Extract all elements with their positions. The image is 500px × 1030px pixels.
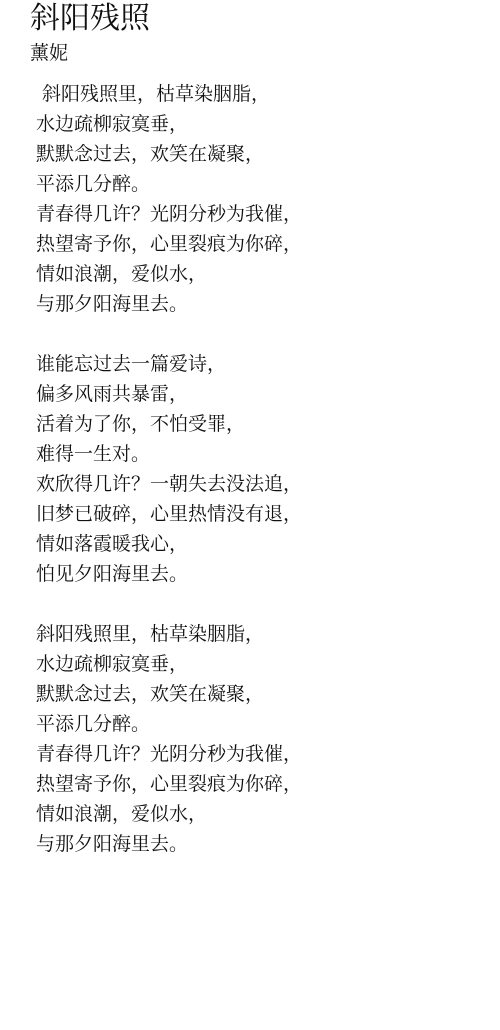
lyric-line: 情如浪潮，爱似水， (36, 799, 302, 829)
lyric-line: 平添几分醉。 (36, 169, 302, 199)
lyric-line: 谁能忘过去一篇爱诗， (36, 349, 302, 379)
lyric-line: 默默念过去，欢笑在凝聚， (36, 679, 302, 709)
lyric-line: 欢欣得几许？一朝失去没法追， (36, 469, 302, 499)
lyric-line: 平添几分醉。 (36, 709, 302, 739)
lyric-line: 青春得几许？光阴分秒为我催， (36, 199, 302, 229)
lyric-line: 热望寄予你，心里裂痕为你碎， (36, 769, 302, 799)
stanza-1: 斜阳残照里，枯草染胭脂， 水边疏柳寂寞垂， 默默念过去，欢笑在凝聚， 平添几分醉… (36, 79, 302, 319)
lyric-line: 偏多风雨共暴雷， (36, 379, 302, 409)
lyric-line: 与那夕阳海里去。 (36, 289, 302, 319)
stanza-2: 谁能忘过去一篇爱诗， 偏多风雨共暴雷， 活着为了你，不怕受罪， 难得一生对。 欢… (36, 349, 302, 589)
lyric-line: 热望寄予你，心里裂痕为你碎， (36, 229, 302, 259)
lyric-line: 活着为了你，不怕受罪， (36, 409, 302, 439)
lyric-line: 难得一生对。 (36, 439, 302, 469)
lyric-line: 情如浪潮，爱似水， (36, 259, 302, 289)
lyric-line: 青春得几许？光阴分秒为我催， (36, 739, 302, 769)
lyric-line: 情如落霞暖我心， (36, 529, 302, 559)
song-author: 薰妮 (30, 40, 68, 66)
song-title: 斜阳残照 (30, 0, 150, 38)
lyric-line: 旧梦已破碎，心里热情没有退， (36, 499, 302, 529)
lyric-line: 怕见夕阳海里去。 (36, 559, 302, 589)
lyric-line: 斜阳残照里，枯草染胭脂， (36, 79, 302, 109)
stanza-3: 斜阳残照里，枯草染胭脂， 水边疏柳寂寞垂， 默默念过去，欢笑在凝聚， 平添几分醉… (36, 619, 302, 859)
lyric-line: 水边疏柳寂寞垂， (36, 649, 302, 679)
lyric-line: 水边疏柳寂寞垂， (36, 109, 302, 139)
lyric-line: 与那夕阳海里去。 (36, 829, 302, 859)
lyric-line: 斜阳残照里，枯草染胭脂， (36, 619, 302, 649)
lyrics-body: 斜阳残照里，枯草染胭脂， 水边疏柳寂寞垂， 默默念过去，欢笑在凝聚， 平添几分醉… (36, 79, 302, 889)
lyric-line: 默默念过去，欢笑在凝聚， (36, 139, 302, 169)
